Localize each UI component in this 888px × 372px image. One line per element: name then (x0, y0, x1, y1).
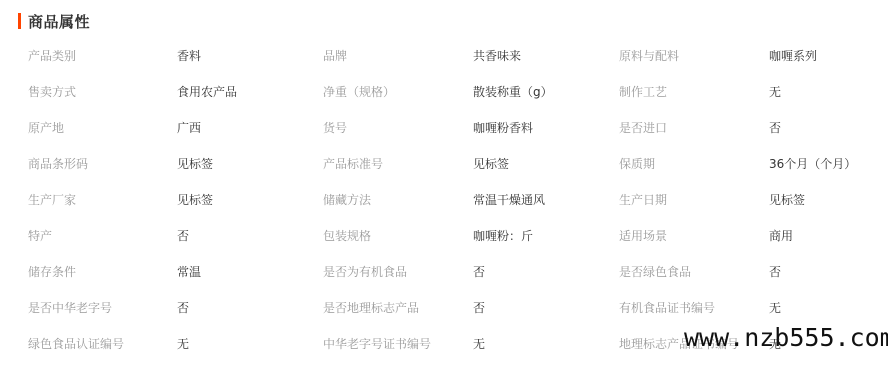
attribute-label: 生产日期 (619, 182, 667, 218)
attribute-value: 无 (177, 326, 189, 362)
attribute-value: 否 (473, 254, 485, 290)
attribute-label: 货号 (323, 110, 347, 146)
attribute-label: 包装规格 (323, 218, 371, 254)
attribute-value: 无 (473, 326, 485, 362)
attribute-label: 是否绿色食品 (619, 254, 691, 290)
attribute-label: 制作工艺 (619, 74, 667, 110)
attribute-value: 无 (769, 74, 781, 110)
attribute-value: 咖喱粉香料 (473, 110, 533, 146)
attribute-value: 见标签 (177, 146, 213, 182)
attribute-label: 净重（规格） (323, 74, 395, 110)
section-header: 商品属性 (18, 10, 90, 32)
attribute-label: 是否中华老字号 (28, 290, 112, 326)
attribute-value: 咖喱粉：斤 (473, 218, 533, 254)
attribute-row: 原产地 广西 货号 咖喱粉香料 是否进口 否 (0, 110, 888, 146)
attribute-label: 产品类别 (28, 38, 76, 74)
attribute-label: 是否地理标志产品 (323, 290, 419, 326)
attribute-value: 见标签 (177, 182, 213, 218)
attribute-value: 否 (769, 110, 781, 146)
attribute-value: 咖喱系列 (769, 38, 817, 74)
attribute-label: 特产 (28, 218, 52, 254)
attribute-label: 售卖方式 (28, 74, 76, 110)
attribute-value: 商用 (769, 218, 793, 254)
accent-bar (18, 13, 21, 29)
attribute-label: 适用场景 (619, 218, 667, 254)
attribute-value: 否 (177, 290, 189, 326)
attribute-row: 商品条形码 见标签 产品标准号 见标签 保质期 36个月（个月） (0, 146, 888, 182)
attribute-label: 原料与配料 (619, 38, 679, 74)
attribute-label: 产品标准号 (323, 146, 383, 182)
attributes-table: 产品类别 香料 品牌 共香味来 原料与配料 咖喱系列 售卖方式 食用农产品 净重… (0, 38, 888, 362)
attribute-value: 共香味来 (473, 38, 521, 74)
attribute-label: 商品条形码 (28, 146, 88, 182)
section-title: 商品属性 (28, 11, 90, 32)
attribute-value: 否 (177, 218, 189, 254)
attribute-row: 生产厂家 见标签 储藏方法 常温干燥通风 生产日期 见标签 (0, 182, 888, 218)
attribute-value: 见标签 (769, 182, 805, 218)
attribute-value: 香料 (177, 38, 201, 74)
attribute-value: 36个月（个月） (769, 146, 856, 182)
attribute-label: 储存条件 (28, 254, 76, 290)
attribute-label: 是否为有机食品 (323, 254, 407, 290)
attribute-value: 常温干燥通风 (473, 182, 545, 218)
attribute-value: 广西 (177, 110, 201, 146)
attribute-row: 特产 否 包装规格 咖喱粉：斤 适用场景 商用 (0, 218, 888, 254)
attribute-row: 储存条件 常温 是否为有机食品 否 是否绿色食品 否 (0, 254, 888, 290)
attribute-value: 否 (473, 290, 485, 326)
attribute-label: 绿色食品认证编号 (28, 326, 124, 362)
attribute-label: 储藏方法 (323, 182, 371, 218)
attribute-label: 中华老字号证书编号 (323, 326, 431, 362)
attribute-row: 售卖方式 食用农产品 净重（规格） 散装称重（g） 制作工艺 无 (0, 74, 888, 110)
attribute-label: 原产地 (28, 110, 64, 146)
attribute-value: 否 (769, 254, 781, 290)
attribute-value: 食用农产品 (177, 74, 237, 110)
attribute-label: 生产厂家 (28, 182, 76, 218)
attribute-label: 是否进口 (619, 110, 667, 146)
attribute-row: 产品类别 香料 品牌 共香味来 原料与配料 咖喱系列 (0, 38, 888, 74)
watermark: www.nzb555.com (684, 321, 888, 355)
attribute-value: 见标签 (473, 146, 509, 182)
attribute-label: 品牌 (323, 38, 347, 74)
attribute-value: 散装称重（g） (473, 74, 553, 110)
attribute-value: 常温 (177, 254, 201, 290)
attribute-label: 保质期 (619, 146, 655, 182)
